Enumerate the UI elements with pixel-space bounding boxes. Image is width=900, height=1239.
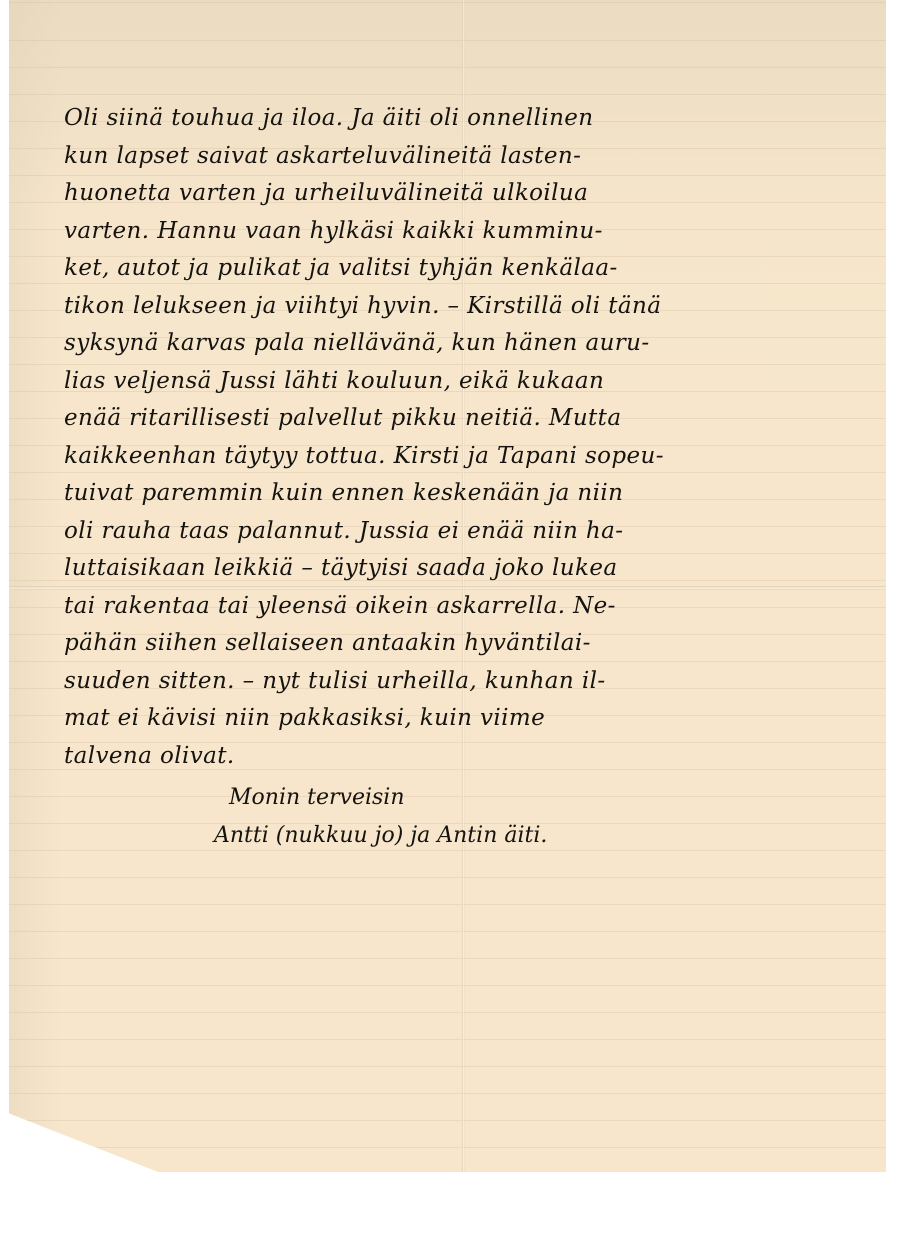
letter-line: tai rakentaa tai yleensä oikein askarrel…	[64, 588, 864, 626]
letter-line: huonetta varten ja urheiluvälineitä ulko…	[64, 175, 864, 213]
letter-line: mat ei kävisi niin pakkasiksi, kuin viim…	[64, 700, 864, 738]
letter-line: suuden sitten. – nyt tulisi urheilla, ku…	[64, 663, 864, 701]
letter-line: pähän siihen sellaiseen antaakin hyvänti…	[64, 625, 864, 663]
signature: Antti (nukkuu jo) ja Antin äiti.	[64, 817, 864, 855]
closing-greeting: Monin terveisin	[64, 779, 864, 817]
letter-line: ket, autot ja pulikat ja valitsi tyhjän …	[64, 250, 864, 288]
letter-line: tikon lelukseen ja viihtyi hyvin. – Kirs…	[64, 288, 864, 326]
letter-line: oli rauha taas palannut. Jussia ei enää …	[64, 513, 864, 551]
letter-line: kaikkeenhan täytyy tottua. Kirsti ja Tap…	[64, 438, 864, 476]
letter-line: Oli siinä touhua ja iloa. Ja äiti oli on…	[64, 100, 864, 138]
letter-line: tuivat paremmin kuin ennen keskenään ja …	[64, 475, 864, 513]
letter-line: lias veljensä Jussi lähti kouluun, eikä …	[64, 363, 864, 401]
letter-line: syksynä karvas pala niellävänä, kun häne…	[64, 325, 864, 363]
letter-line: kun lapset saivat askarteluvälineitä las…	[64, 138, 864, 176]
letter-line: talvena olivat.	[64, 738, 864, 776]
letter-line: luttaisikaan leikkiä – täytyisi saada jo…	[64, 550, 864, 588]
letter-line: varten. Hannu vaan hylkäsi kaikki kummin…	[64, 213, 864, 251]
letter-body: Oli siinä touhua ja iloa. Ja äiti oli on…	[64, 100, 864, 855]
letter-line: enää ritarillisesti palvellut pikku neit…	[64, 400, 864, 438]
